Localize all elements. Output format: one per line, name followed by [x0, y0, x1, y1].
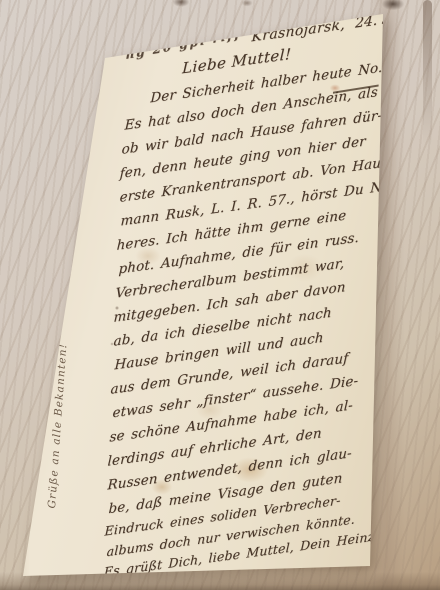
margin-note: Grüße an alle Bekannten!	[46, 342, 70, 508]
dateline-date: 24. 5.	[355, 10, 395, 31]
postcard-shadow: ng 20 gpl riff Krasnojarsk, 24. 5. Liebe…	[0, 0, 440, 590]
letter-text: ng 20 gpl riff Krasnojarsk, 24. 5. Liebe…	[103, 8, 415, 583]
postcard: ng 20 gpl riff Krasnojarsk, 24. 5. Liebe…	[0, 0, 440, 590]
postcard-photo: ng 20 gpl riff Krasnojarsk, 24. 5. Liebe…	[0, 0, 440, 590]
letter-body: Der Sicherheit halber heute No. 41Es hat…	[103, 52, 413, 583]
